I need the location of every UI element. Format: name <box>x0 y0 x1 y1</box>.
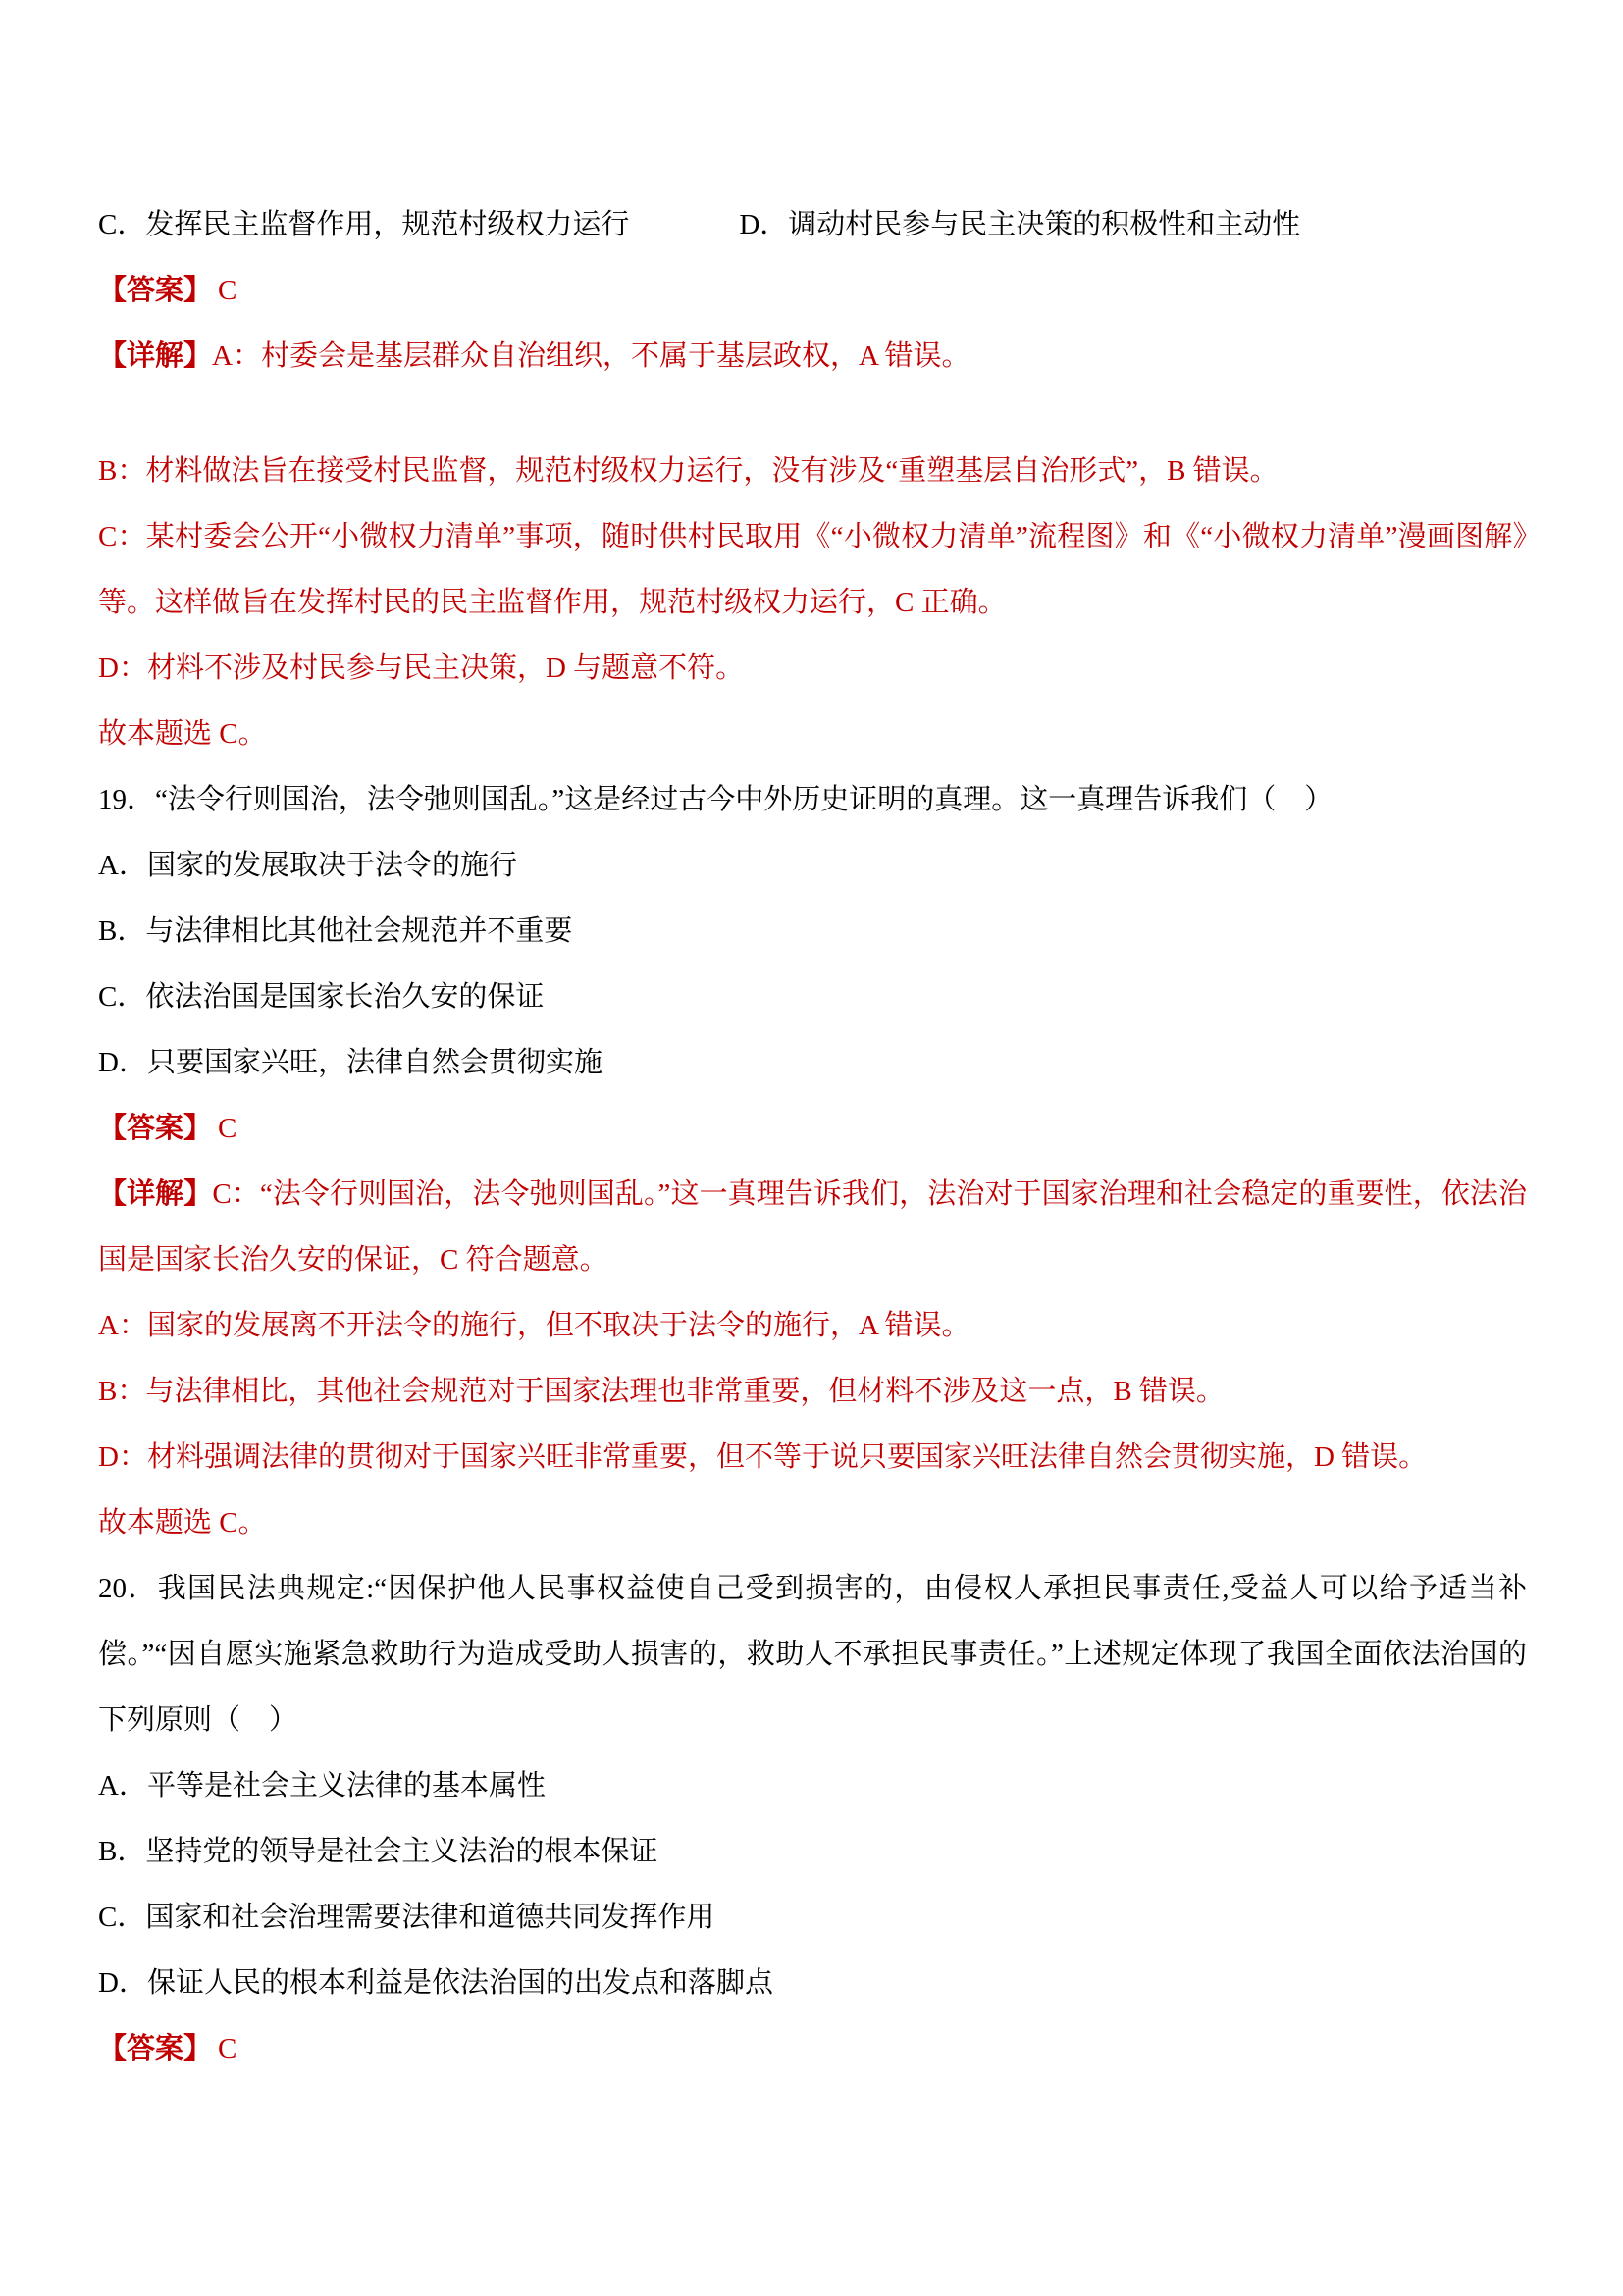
q19-detail-c-paragraph: 【详解】C：“法令行则国治，法令弛则国乱。”这一真理告诉我们，法治对于国家治理和… <box>98 1162 1527 1293</box>
q19-option-d: D．只要国家兴旺，法律自然会贯彻实施 <box>98 1030 1527 1096</box>
q18-conclusion-line: 故本题选 C。 <box>98 702 1527 767</box>
q18-detail-label: 【详解】 <box>98 340 212 372</box>
q19-option-c: C．依法治国是国家长治久安的保证 <box>98 965 1527 1030</box>
q20-option-c: C．国家和社会治理需要法律和道德共同发挥作用 <box>98 1885 1527 1951</box>
q18-answer-label: 【答案】 <box>98 275 212 306</box>
q19-detail-b-line: B：与法律相比，其他社会规范对于国家法理也非常重要，但材料不涉及这一点，B 错误… <box>98 1359 1527 1425</box>
q19-answer-label: 【答案】 <box>98 1113 212 1144</box>
q20-answer-value: C <box>218 2033 236 2064</box>
q19-detail-label: 【详解】 <box>98 1178 212 1210</box>
q18-detail-a-line: 【详解】A：村委会是基层群众自治组织，不属于基层政权，A 错误。 <box>98 324 1527 390</box>
q18-answer-value: C <box>218 275 236 306</box>
q19-option-b: B．与法律相比其他社会规范并不重要 <box>98 899 1527 965</box>
q19-conclusion-line: 故本题选 C。 <box>98 1490 1527 1556</box>
q19-answer-line: 【答案】C <box>98 1096 1527 1162</box>
q20-option-b: B．坚持党的领导是社会主义法治的根本保证 <box>98 1819 1527 1885</box>
q18-option-c: C．发挥民主监督作用，规范村级权力运行 <box>98 209 629 240</box>
q19-option-a: A．国家的发展取决于法令的施行 <box>98 833 1527 899</box>
q19-stem: 19．“法令行则国治，法令弛则国乱。”这是经过古今中外历史证明的真理。这一真理告… <box>98 767 1527 833</box>
q19-answer-value: C <box>218 1113 236 1144</box>
document-page: C．发挥民主监督作用，规范村级权力运行D．调动村民参与民主决策的积极性和主动性 … <box>0 0 1623 2296</box>
q18-detail-d-line: D：材料不涉及村民参与民主决策，D 与题意不符。 <box>98 636 1527 702</box>
q20-answer-line: 【答案】C <box>98 2016 1527 2082</box>
q19-detail-a-line: A：国家的发展离不开法令的施行，但不取决于法令的施行，A 错误。 <box>98 1293 1527 1359</box>
q18-detail-a-text: A：村委会是基层群众自治组织，不属于基层政权，A 错误。 <box>212 340 970 372</box>
q20-answer-label: 【答案】 <box>98 2033 212 2064</box>
q18-detail-c-paragraph: C：某村委会公开“小微权力清单”事项，随时供村民取用《“小微权力清单”流程图》和… <box>98 504 1527 636</box>
q18-options-row: C．发挥民主监督作用，规范村级权力运行D．调动村民参与民主决策的积极性和主动性 <box>98 192 1527 258</box>
q19-detail-d-line: D：材料强调法律的贯彻对于国家兴旺非常重要，但不等于说只要国家兴旺法律自然会贯彻… <box>98 1425 1527 1490</box>
q19-detail-c-text: C：“法令行则国治，法令弛则国乱。”这一真理告诉我们，法治对于国家治理和社会稳定… <box>98 1178 1527 1276</box>
q20-option-a: A．平等是社会主义法律的基本属性 <box>98 1753 1527 1819</box>
q20-stem: 20．我国民法典规定:“因保护他人民事权益使自己受到损害的，由侵权人承担民事责任… <box>98 1556 1527 1753</box>
q20-option-d: D．保证人民的根本利益是依法治国的出发点和落脚点 <box>98 1951 1527 2016</box>
q18-option-d: D．调动村民参与民主决策的积极性和主动性 <box>739 209 1300 240</box>
blank-gap <box>98 390 1527 439</box>
q18-detail-b-line: B：材料做法旨在接受村民监督，规范村级权力运行，没有涉及“重塑基层自治形式”，B… <box>98 439 1527 504</box>
q18-answer-line: 【答案】C <box>98 258 1527 324</box>
